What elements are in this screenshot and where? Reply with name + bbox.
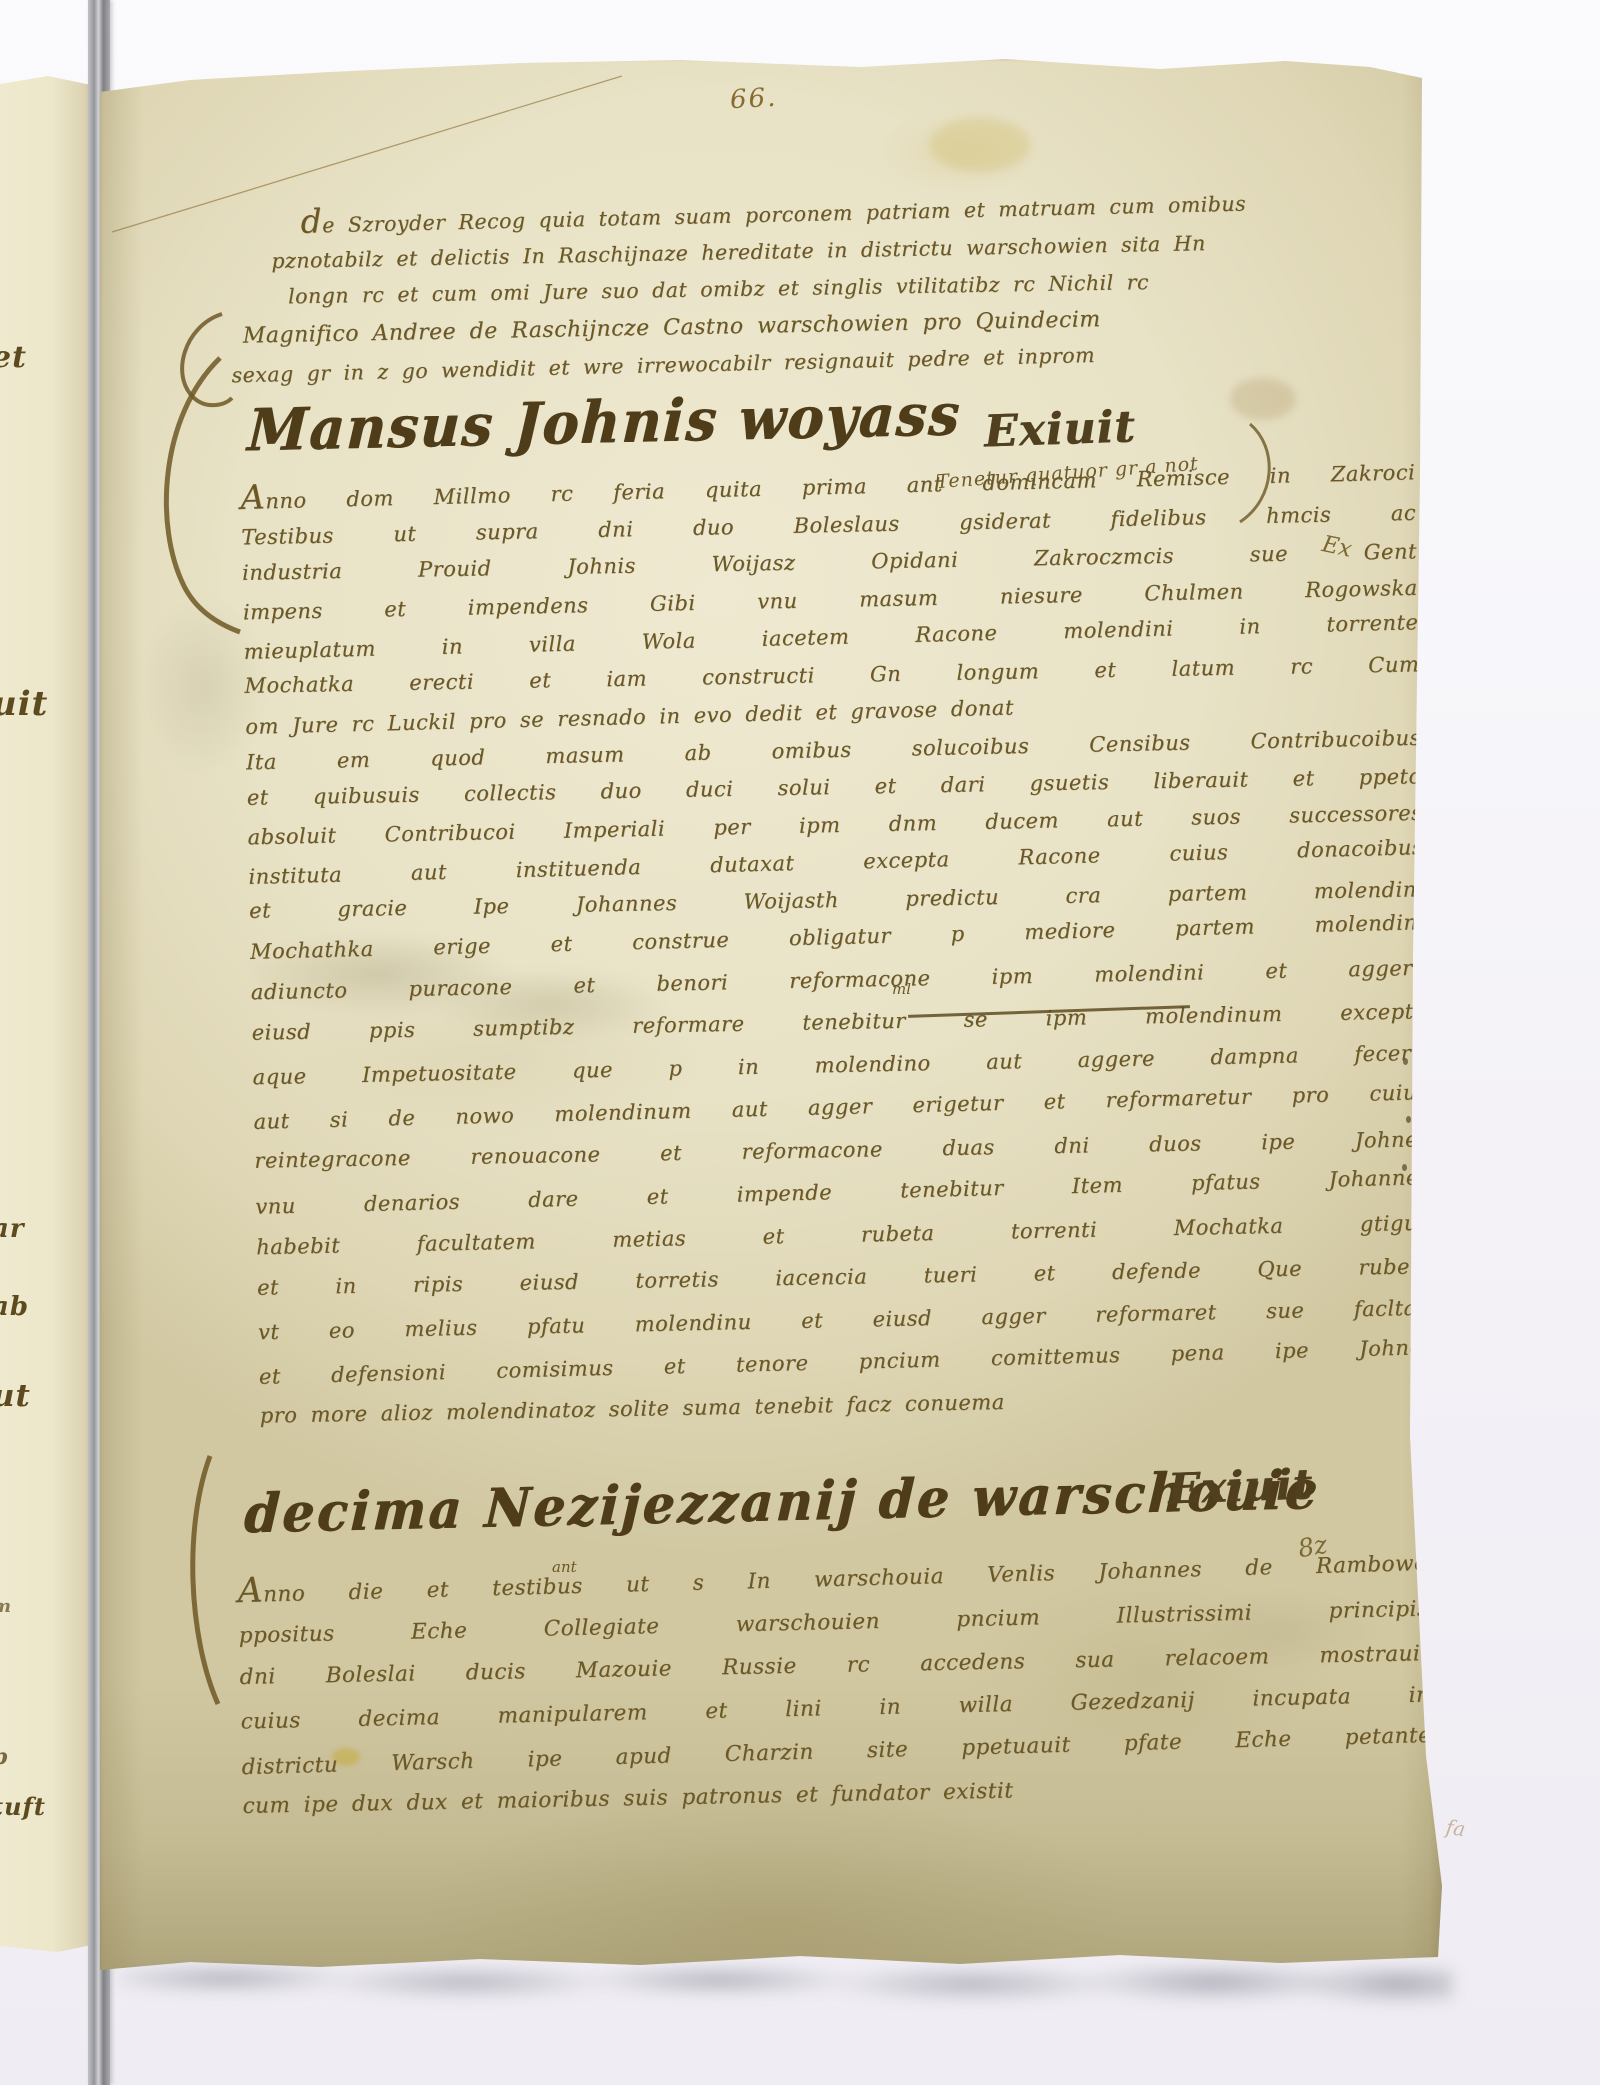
photograph-background: etuitarabutmptuft 66. de Szroyder Recog …	[0, 0, 1600, 2085]
prev-page-text-fragment: ut	[0, 1378, 31, 1414]
prev-page-text-fragment: ab	[0, 1292, 29, 1322]
page-drop-shadow	[118, 1966, 1453, 2006]
entry1-status-exiuit: Exiuit	[983, 401, 1136, 457]
prev-page-text-fragment: ar	[0, 1214, 25, 1244]
flourish-initial-sweep	[166, 358, 240, 632]
interlinear-correction: ml	[892, 980, 911, 998]
entry1-body: Anno dom Millmo rc feria quita prima ant…	[240, 452, 1435, 1436]
entry2-body: Anno die et testibus ut s In warschouia …	[237, 1541, 1433, 1830]
prev-page-text-fragment: et	[0, 340, 27, 375]
folio-number: 66.	[729, 83, 778, 115]
entry2-heading: decima Nezijezzanij de warschouie	[243, 1457, 1322, 1545]
manuscript-page: 66. de Szroyder Recog quia totam suam po…	[100, 56, 1445, 1978]
intro-paragraph: de Szroyder Recog quia totam suam porcon…	[228, 181, 1361, 392]
parchment-stain	[930, 118, 1030, 172]
previous-page-edge: etuitarabutmptuft	[0, 54, 96, 1976]
interlinear-note: ant	[552, 1558, 577, 1576]
entry1-heading: Mansus Johnis woyass	[246, 379, 963, 464]
faint-margin-mark-fa: fa	[1444, 1815, 1466, 1841]
parchment-stain	[1230, 378, 1296, 420]
entry2-status-exiuit: Exiuit	[1167, 1459, 1314, 1513]
prev-page-text-fragment: p	[0, 1744, 8, 1770]
flourish-descender	[193, 1456, 218, 1704]
prev-page-text-fragment: m	[0, 1596, 12, 1617]
flourish-paraph	[182, 314, 232, 405]
prev-page-text-fragment: uit	[0, 684, 48, 724]
prev-page-text-fragment: tuft	[0, 1792, 46, 1821]
